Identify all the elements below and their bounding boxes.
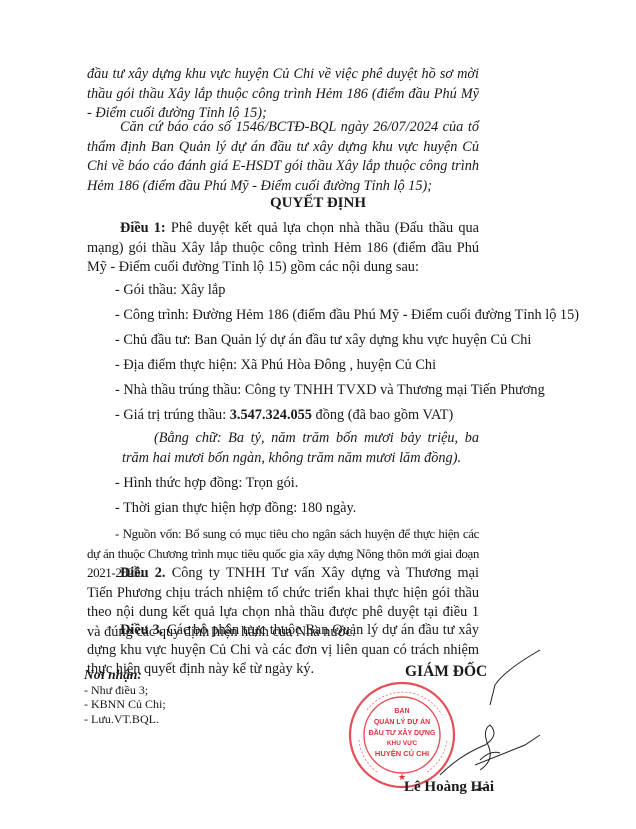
price-value: 3.547.324.055	[230, 407, 312, 423]
preamble-paragraph-1: đầu tư xây dựng khu vực huyện Củ Chi về …	[87, 65, 479, 124]
list-item-contractor: - Nhà thầu trúng thầu: Công ty TNHH TVXD…	[115, 381, 545, 400]
list-item-investor: - Chủ đầu tư: Ban Quản lý dự án đầu tư x…	[115, 331, 531, 350]
list-item-location: - Địa điểm thực hiện: Xã Phú Hòa Đông , …	[115, 356, 436, 375]
list-item-price: - Giá trị trúng thầu: 3.547.324.055 đồng…	[115, 406, 453, 425]
signature-icon	[430, 645, 550, 795]
article-2-label: Điều 2.	[120, 565, 166, 581]
recipients-heading: Nơi nhận:	[84, 668, 166, 683]
article-1-label: Điều 1:	[120, 220, 166, 236]
recipients-block: Nơi nhận: - Như điều 3; - KBNN Củ Chi; -…	[84, 668, 166, 726]
recipient-item: - KBNN Củ Chi;	[84, 697, 166, 712]
list-item-package: - Gói thầu: Xây lắp	[115, 281, 225, 300]
list-item-contract-type: - Hình thức hợp đồng: Trọn gói.	[115, 474, 298, 493]
article-3-label: Điều 3.	[120, 622, 163, 638]
article-1: Điều 1: Phê duyệt kết quả lựa chọn nhà t…	[87, 219, 479, 278]
preamble-paragraph-2: Căn cứ báo cáo số 1546/BCTĐ-BQL ngày 26/…	[87, 118, 479, 196]
decision-title: QUYẾT ĐỊNH	[0, 195, 636, 212]
signer-name: Lê Hoàng Hải	[404, 779, 494, 796]
svg-text:KHU VỰC: KHU VỰC	[387, 740, 418, 747]
svg-text:QUẢN LÝ DỰ ÁN: QUẢN LÝ DỰ ÁN	[374, 717, 430, 726]
svg-text:HUYỆN CỦ CHI: HUYỆN CỦ CHI	[375, 749, 429, 758]
recipient-item: - Như điều 3;	[84, 683, 166, 698]
svg-text:ĐẦU TƯ XÂY DỰNG: ĐẦU TƯ XÂY DỰNG	[369, 727, 436, 737]
svg-text:BAN: BAN	[394, 708, 409, 715]
price-suffix: đồng (đã bao gồm VAT)	[312, 407, 453, 423]
document-page: đầu tư xây dựng khu vực huyện Củ Chi về …	[0, 0, 636, 829]
list-item-project: - Công trình: Đường Hẻm 186 (điểm đầu Ph…	[115, 306, 579, 325]
price-label: - Giá trị trúng thầu:	[115, 407, 230, 423]
price-in-words: (Bằng chữ: Ba tỷ, năm trăm bốn mươi bảy …	[122, 429, 479, 468]
list-item-duration: - Thời gian thực hiện hợp đồng: 180 ngày…	[115, 499, 356, 518]
recipient-item: - Lưu.VT.BQL.	[84, 712, 166, 727]
